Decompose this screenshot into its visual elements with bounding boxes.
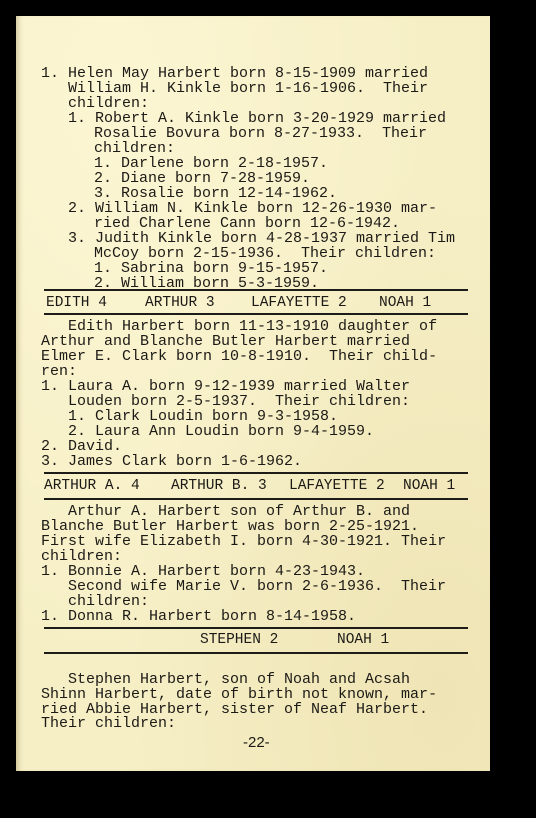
header-gen-1: NOAH 1 [337, 633, 389, 648]
child-line: 1. Bonnie A. Harbert born 4-23-1943. [41, 564, 365, 579]
paragraph-line: Stephen Harbert, son of Noah and Acsah [41, 672, 410, 687]
second-wife-line: Second wife Marie V. born 2-6-1936. Thei… [68, 579, 446, 594]
header-rule-top [44, 289, 468, 291]
header-gen-2: LAFAYETTE 2 [251, 296, 347, 311]
header-rule-bottom [44, 313, 468, 315]
header-rule-bottom [44, 652, 468, 654]
paragraph-line: Arthur and Blanche Butler Harbert marrie… [41, 334, 410, 349]
header-gen-3: ARTHUR 3 [145, 296, 215, 311]
child-line: 1. Robert A. Kinkle born 3-20-1929 marri… [68, 111, 446, 126]
entry-line: William H. Kinkle born 1-16-1906. Their [68, 81, 428, 96]
header-gen-1: NOAH 1 [403, 479, 455, 494]
header-gen-2: LAFAYETTE 2 [289, 479, 385, 494]
grandchild-line: 2. Laura Ann Loudin born 9-4-1959. [68, 424, 374, 439]
header-rule-top [44, 472, 468, 474]
header-gen-2: STEPHEN 2 [200, 633, 278, 648]
second-wife-line: children: [68, 594, 149, 609]
child-line: 2. William N. Kinkle born 12-26-1930 mar… [68, 201, 437, 216]
child-line: 3. Judith Kinkle born 4-28-1937 married … [68, 231, 455, 246]
child-line: 3. James Clark born 1-6-1962. [41, 454, 302, 469]
header-rule-bottom [44, 498, 468, 500]
child-line: ried Charlene Cann born 12-6-1942. [94, 216, 400, 231]
paragraph-line: First wife Elizabeth I. born 4-30-1921. … [41, 534, 446, 549]
document-page: 1. Helen May Harbert born 8-15-1909 marr… [16, 16, 490, 771]
header-rule-top [44, 627, 468, 629]
header-gen-3: ARTHUR B. 3 [171, 479, 267, 494]
child-line: 2. David. [41, 439, 122, 454]
header-gen-4: EDITH 4 [46, 296, 107, 311]
grandchild-line: 1. Darlene born 2-18-1957. [94, 156, 328, 171]
grandchild-line: 2. Diane born 7-28-1959. [94, 171, 310, 186]
page-number: -22- [243, 735, 270, 750]
entry-line: 1. Helen May Harbert born 8-15-1909 marr… [41, 66, 428, 81]
header-gen-1: NOAH 1 [379, 296, 431, 311]
paragraph-line: Shinn Harbert, date of birth not known, … [41, 687, 437, 702]
child-line: 1. Donna R. Harbert born 8-14-1958. [41, 609, 356, 624]
paragraph-line: children: [41, 549, 122, 564]
paragraph-line: Blanche Butler Harbert was born 2-25-192… [41, 519, 419, 534]
header-gen-4: ARTHUR A. 4 [44, 479, 140, 494]
grandchild-line: 1. Sabrina born 9-15-1957. [94, 261, 328, 276]
child-line: 1. Laura A. born 9-12-1939 married Walte… [41, 379, 410, 394]
grandchild-line: 1. Clark Loudin born 9-3-1958. [68, 409, 338, 424]
paragraph-line: Edith Harbert born 11-13-1910 daughter o… [41, 319, 437, 334]
paragraph-line: ren: [41, 364, 77, 379]
paragraph-line: Arthur A. Harbert son of Arthur B. and [41, 504, 410, 519]
paragraph-line: Their children: [41, 716, 176, 731]
child-line: children: [94, 141, 175, 156]
child-line: McCoy born 2-15-1936. Their children: [94, 246, 436, 261]
entry-line: children: [68, 96, 149, 111]
child-line: Rosalie Bovura born 8-27-1933. Their [94, 126, 427, 141]
paragraph-line: Elmer E. Clark born 10-8-1910. Their chi… [41, 349, 437, 364]
child-line: Louden born 2-5-1937. Their children: [68, 394, 410, 409]
grandchild-line: 3. Rosalie born 12-14-1962. [94, 186, 337, 201]
